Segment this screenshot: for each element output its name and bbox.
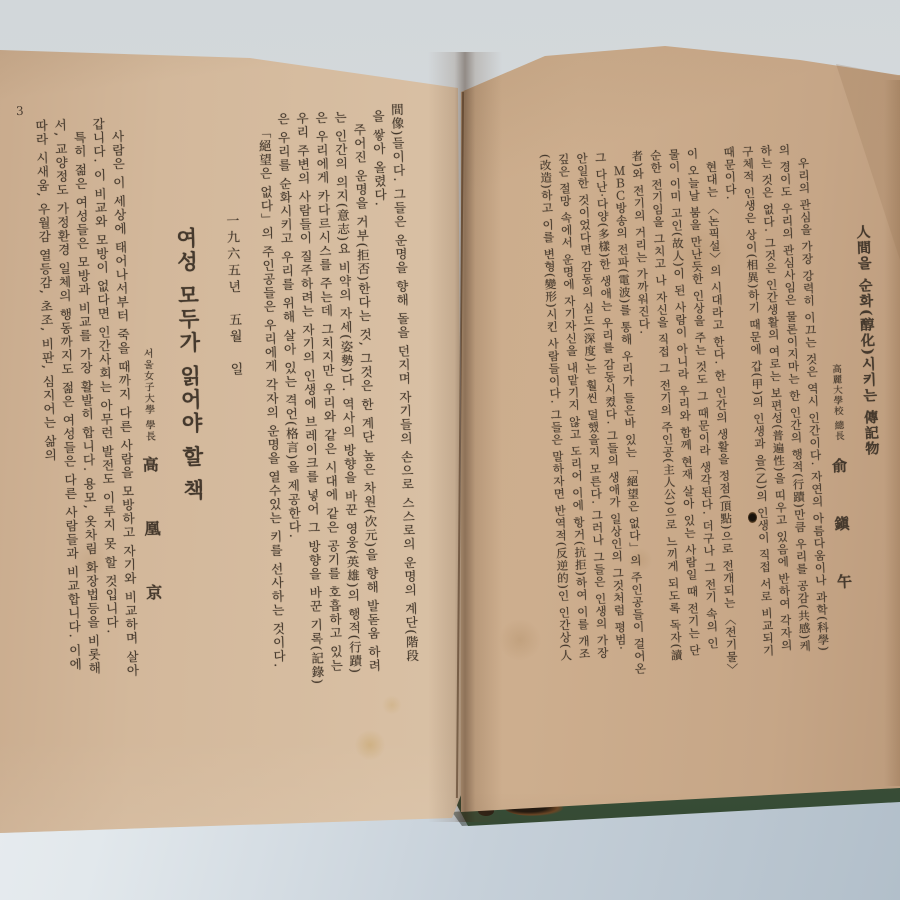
right-page-author-name: 俞 鎭 午 (830, 457, 854, 603)
right-page-text: 人間을 순화(醇化)시키는 傳記物 高麗大學校 總長俞 鎭 午 우리의 관심을 … (525, 124, 898, 738)
left-page-date: 一九六五년 五월 일 (219, 214, 256, 742)
left-page-title: 여성 모두가 읽어야 할 책 (166, 227, 220, 744)
left-page-text: 間像)들이다. 그들은 운명을 향해 돌을 던지며 자기들의 손으로 스스로의 … (0, 97, 424, 748)
left-page-author-affiliation: 서울女子大學 學長 (141, 348, 155, 442)
right-page-author-affiliation: 高麗大學校 總長 (830, 364, 844, 442)
book-photo: 3 人間을 순화(醇化)시키는 傳記物 高麗大學校 總長俞 鎭 午 우리의 관심… (0, 0, 900, 900)
left-page-author-name: 高 凰 京 (140, 456, 163, 616)
